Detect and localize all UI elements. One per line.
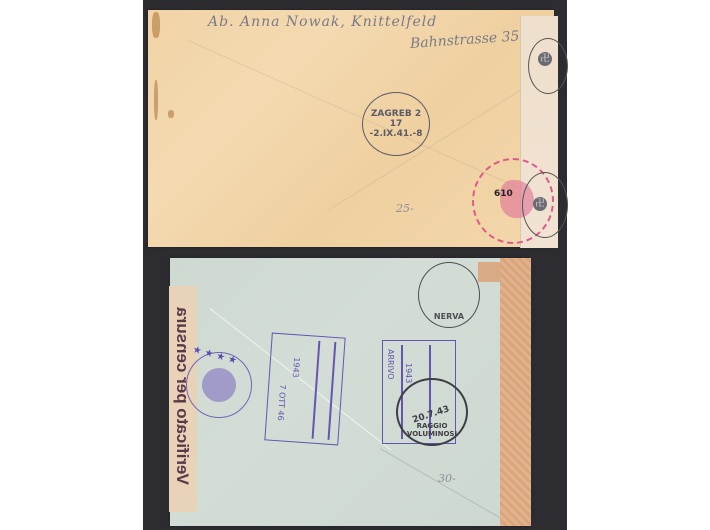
cachet-year: 1943: [404, 363, 413, 383]
postmark-city: ZAGREB 2: [371, 109, 421, 119]
cachet-date: 7 OTT 46: [276, 384, 288, 421]
postmark-date: -2.IX.41.-8: [369, 129, 422, 139]
pencil-price-note: 30-: [438, 472, 456, 485]
censor-emblem-icon: 卍: [538, 52, 552, 66]
envelope-flap-fold: [380, 448, 510, 524]
cachet-rule: [328, 342, 336, 440]
censor-band-right: [500, 258, 531, 526]
sender-address-line2: Bahnstrasse 35.: [410, 28, 525, 52]
postmark-number: 17: [390, 119, 403, 129]
censor-tape-tab: [478, 262, 502, 282]
zagreb-postmark: ZAGREB 2 17 -2.IX.41.-8: [362, 92, 430, 156]
stain-mark: [168, 110, 174, 118]
raggio-postmark: 20.7.43 RAGGIO VOLUMINOSI: [396, 378, 468, 446]
grey-censor-seal: [528, 38, 568, 94]
stain-mark: [154, 80, 158, 120]
sender-address-line1: Ab. Anna Nowak, Knittelfeld: [208, 14, 437, 30]
censor-emblem-icon: 卍: [533, 197, 547, 211]
violet-box-cachet-left: 1943 7 OTT 46: [264, 333, 345, 446]
arrival-postmark: NERVA: [418, 262, 480, 328]
stain-mark: [152, 12, 160, 38]
postmark-city: NERVA: [434, 312, 464, 321]
cachet-year: 1943: [291, 357, 301, 378]
postmark-text: RAGGIO VOLUMINOSI: [398, 422, 466, 438]
cachet-label: ARRIVO: [386, 349, 395, 380]
pencil-price-note: 25-: [396, 202, 414, 215]
coat-of-arms-icon: [202, 368, 236, 402]
cachet-rule: [312, 341, 320, 439]
censor-number: 610: [494, 189, 513, 199]
